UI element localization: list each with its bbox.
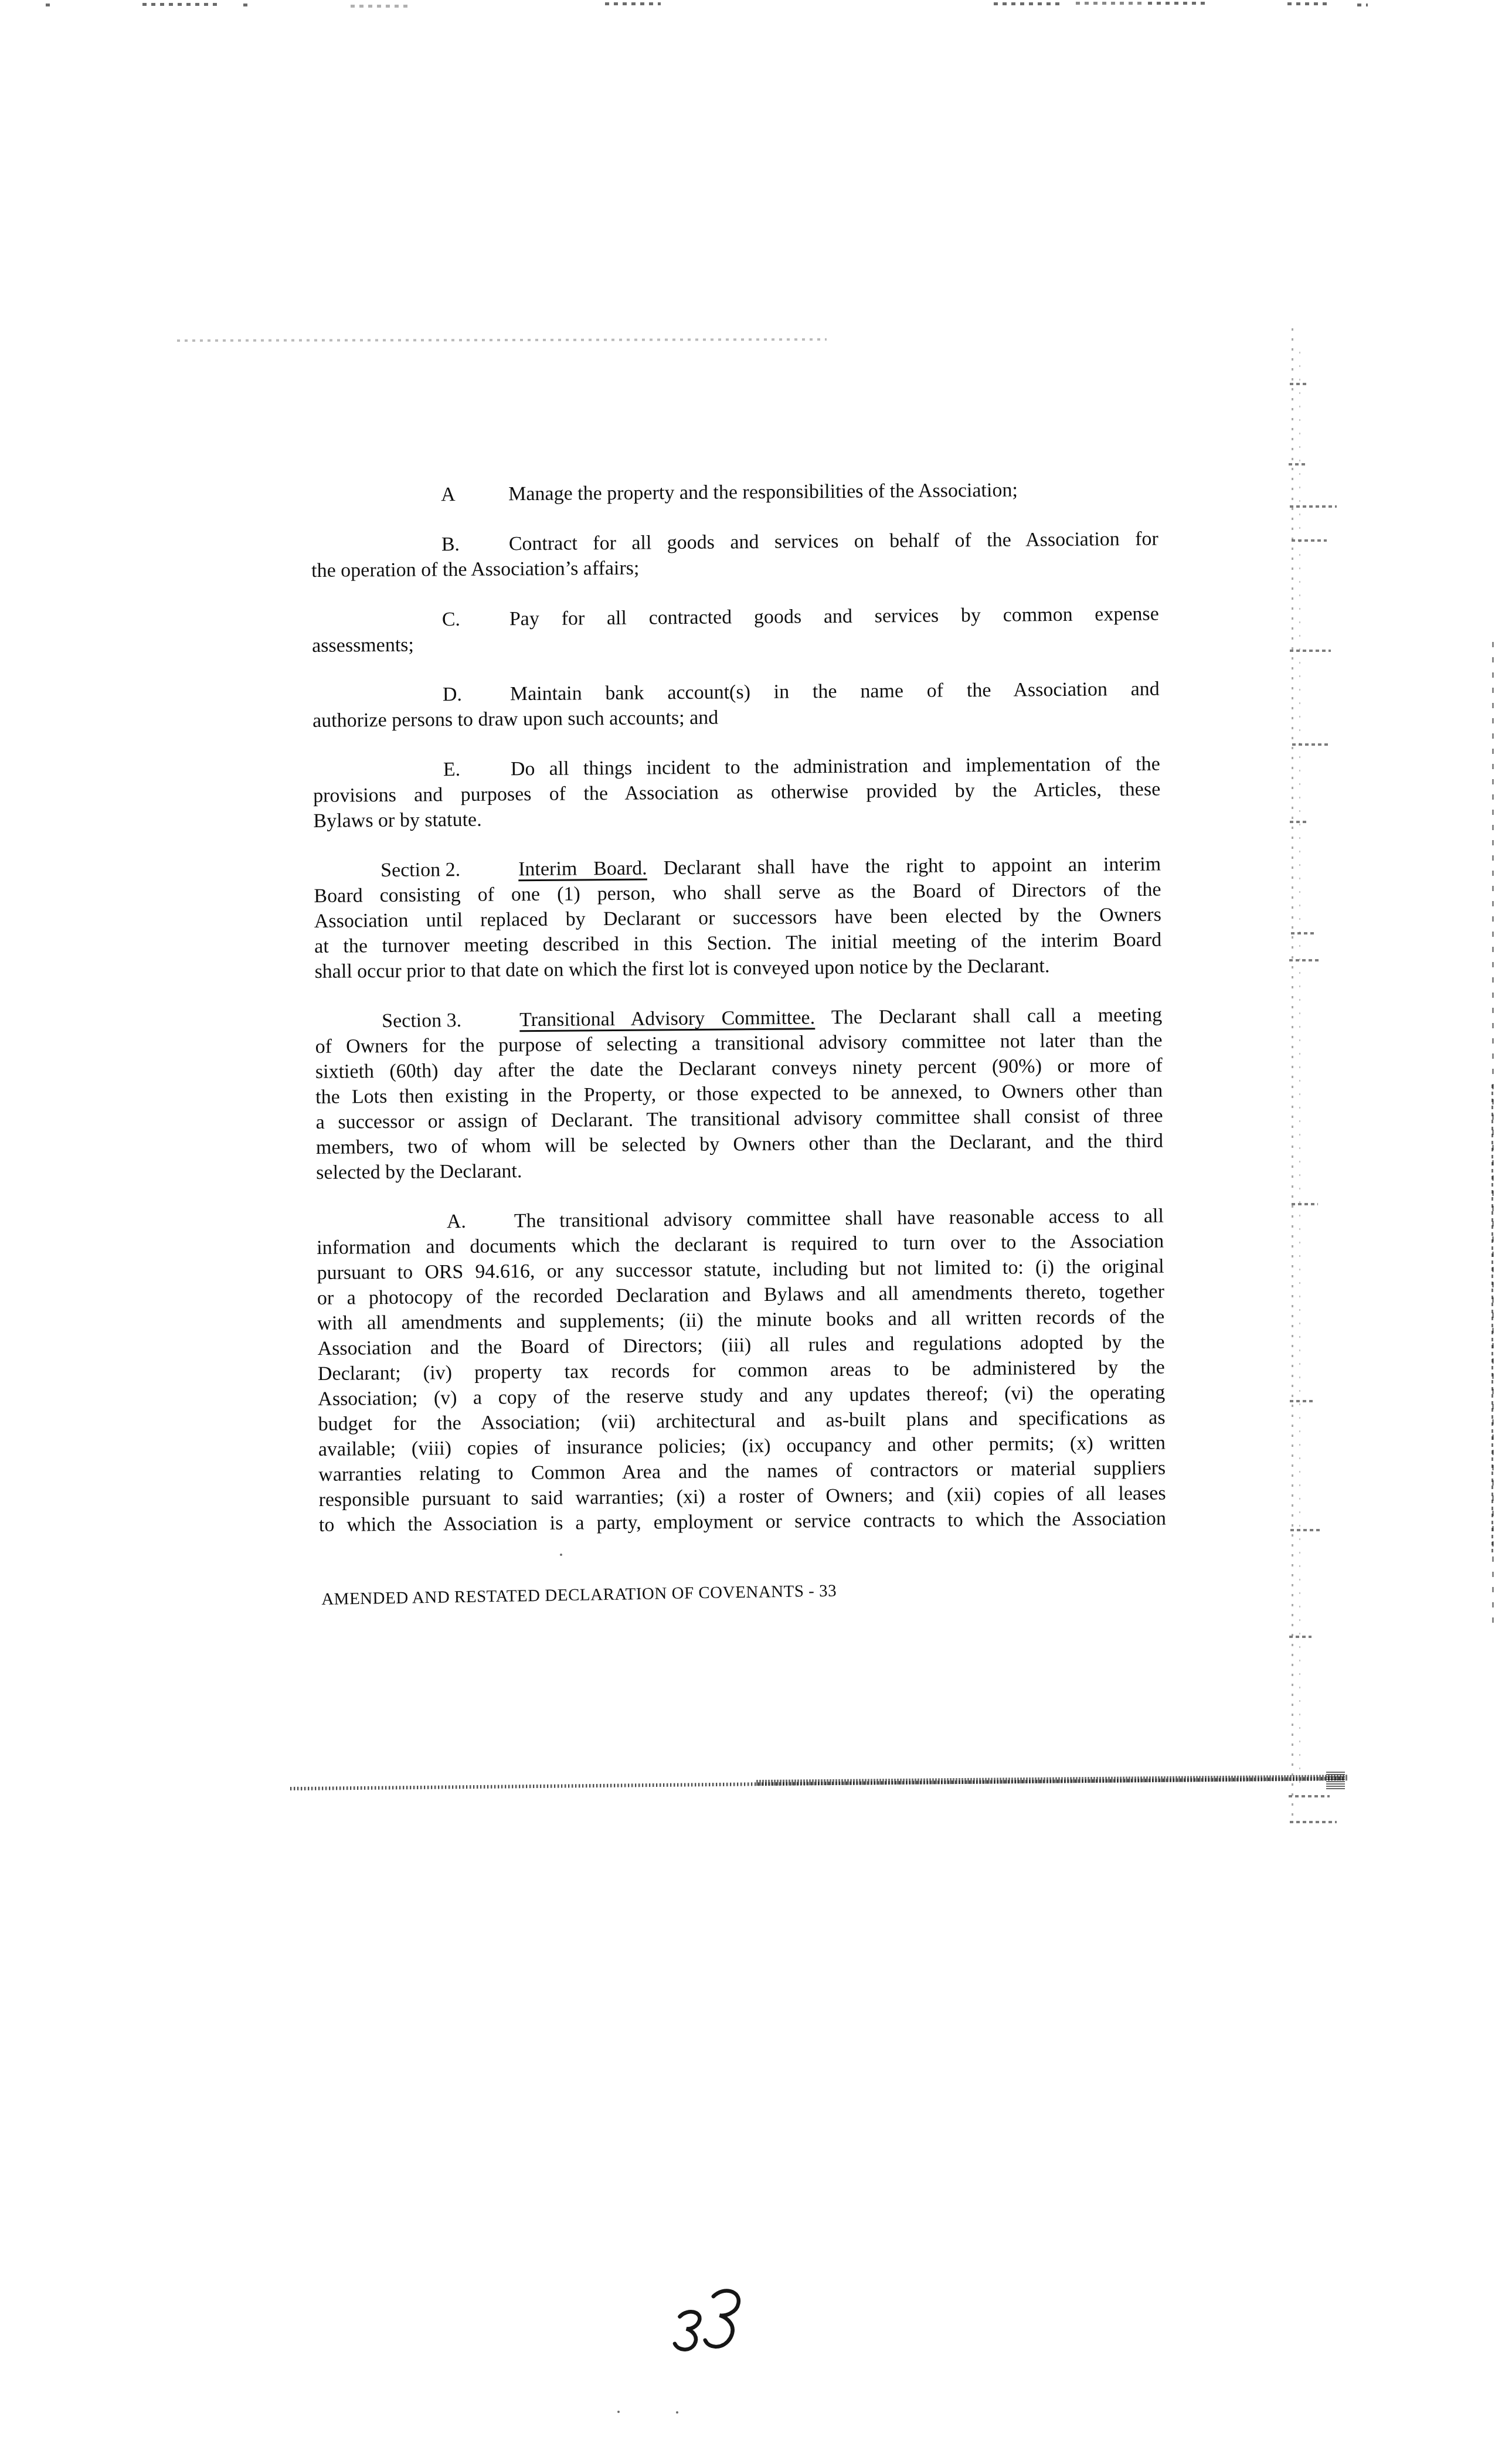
scan-noise-top [243,4,252,6]
line-text: Do all things incident to the administra… [511,753,1160,780]
paragraph: E.Do all things incident to the administ… [313,752,1161,834]
scan-dotted-line [177,338,827,342]
scan-noise-right-strip [1290,1529,1320,1531]
scan-speck [560,1554,562,1556]
paragraph-lead: Section 3. [382,1008,461,1034]
paragraph: AManage the property and the responsibil… [311,477,1158,508]
paragraph-lead: A. [447,1209,466,1234]
underlined-heading: Transitional Advisory Committee. [519,1007,815,1031]
paragraph-lead: Section 2. [380,857,460,883]
scan-noise-right-strip [1290,1400,1313,1402]
scan-noise-top [605,2,661,5]
scan-noise-top [1287,2,1330,5]
scan-noise-right-strip [1290,650,1331,652]
paragraph: B.Contract for all goods and services on… [311,526,1159,583]
scan-noise-top [994,2,1061,5]
scan-noise-top [1076,2,1146,5]
paragraph-lead: A [441,482,456,507]
scan-speck [676,2411,678,2414]
line-text: The transitional advisory committee shal… [514,1205,1164,1232]
line-text: Manage the property and the responsibili… [508,480,1018,505]
scan-speck [617,2411,620,2413]
text-line: AManage the property and the responsibil… [311,477,1158,508]
line-text: Maintain bank account(s) in the name of … [510,678,1160,705]
paragraph-lead: C. [442,607,461,632]
scan-noise-right-strip [1289,1636,1311,1638]
paragraph-lead: D. [443,682,462,707]
scan-noise-right-strip [1291,932,1314,934]
scan-noise-right-strip [1292,328,1293,1823]
paragraph: Section 2.Interim Board. Declarant shall… [314,852,1162,984]
scan-noise-right-strip [1290,383,1306,385]
scan-noise-top [46,4,52,6]
document-body: AManage the property and the responsibil… [311,477,1166,1538]
scan-noise-right-strip [1292,539,1327,542]
paragraph: Section 3.Transitional Advisory Committe… [315,1002,1163,1185]
line-text: The Declarant shall call a meeting [831,1004,1163,1028]
footer-text: AMENDED AND RESTATED DECLARATION OF COVE… [321,1581,837,1609]
paragraph: C.Pay for all contracted goods and servi… [312,601,1160,658]
scan-noise-top [1357,4,1368,6]
scan-noise-right-strip [1289,1795,1330,1797]
paragraph: D.Maintain bank account(s) in the name o… [312,677,1160,733]
scan-noise-right-strip [1289,959,1321,961]
paragraph-lead: E. [443,757,461,782]
scan-noise-top [1148,2,1209,5]
scan-noise-top [351,5,409,8]
paragraph: A.The transitional advisory committee sh… [317,1204,1166,1538]
scan-noise-right-strip [1290,1821,1337,1823]
scan-noise-right-strip [1292,743,1328,746]
underlined-heading: Interim Board. [518,858,647,881]
scan-noise-right-strip [1290,505,1337,508]
scan-noise-bottom-band [1326,1772,1345,1789]
scan-noise-right-strip [1292,1203,1318,1205]
scan-noise-right-strip [1290,821,1307,823]
paragraph-lead: B. [441,532,460,557]
handwritten-page-number [662,2285,750,2358]
line-text: Pay for all contracted goods and service… [509,603,1159,630]
line-text: Declarant shall have the right to appoin… [664,854,1161,879]
scan-noise-right-edge [1491,1085,1493,1554]
scan-noise-right-strip [1299,352,1300,1788]
line-text: Contract for all goods and services on b… [509,528,1158,555]
scan-noise-top [142,3,222,6]
scanned-document-page: AManage the property and the responsibil… [0,0,1495,2464]
scan-noise-bottom-band [756,1775,1348,1786]
scan-noise-right-strip [1289,463,1308,465]
